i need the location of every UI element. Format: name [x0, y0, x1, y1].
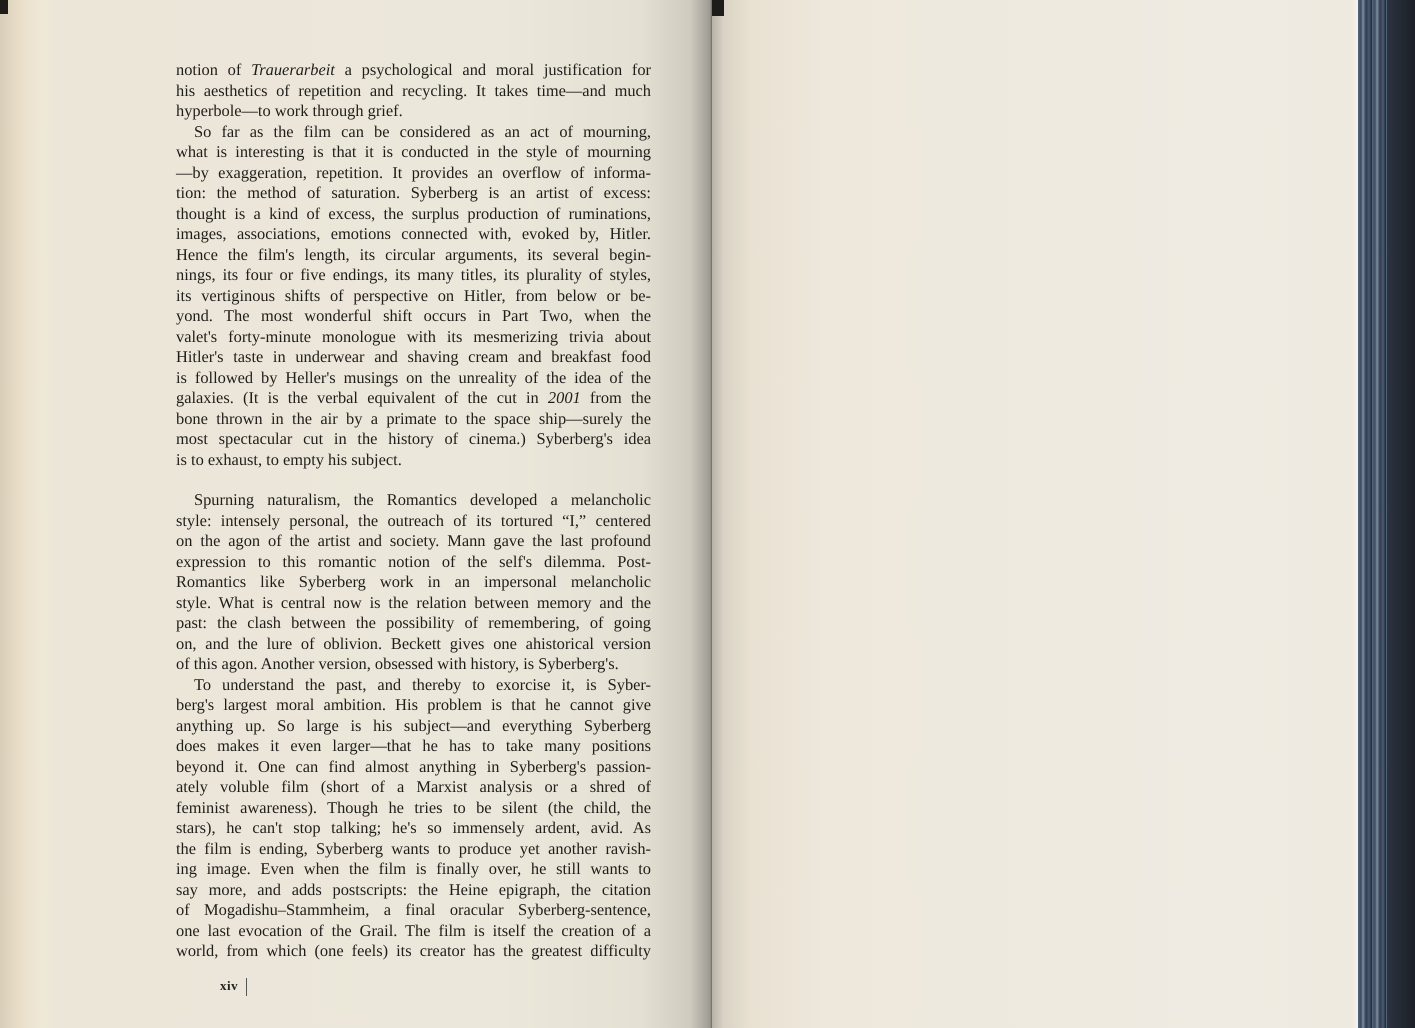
- left-page-body: notion of Trauerarbeit a psychological a…: [158, 60, 651, 962]
- text-line: what is interesting is that it is conduc…: [158, 142, 651, 163]
- paragraph: Spurning naturalism, the Romantics devel…: [158, 490, 651, 675]
- right-page: in extricating himself—as does the admir…: [712, 0, 1358, 1028]
- book-cover-edge: [1387, 0, 1415, 1028]
- text-line: is followed by Heller's musings on the u…: [158, 368, 651, 389]
- text-line: valet's forty-minute monologue with its …: [158, 327, 651, 348]
- paragraph: So far as the film can be considered as …: [158, 122, 651, 471]
- text-line: anything up. So large is his subject—and…: [158, 716, 651, 737]
- text-line: notion of Trauerarbeit a psychological a…: [158, 60, 651, 81]
- text-line: the film is ending, Syberberg wants to p…: [158, 839, 651, 860]
- text-line: most spectacular cut in the history of c…: [158, 429, 651, 450]
- text-line: ately voluble film (short of a Marxist a…: [158, 777, 651, 798]
- text-line: tion: the method of saturation. Syberber…: [158, 183, 651, 204]
- text-line: its vertiginous shifts of perspective on…: [158, 286, 651, 307]
- text-line: Hence the film's length, its circular ar…: [158, 245, 651, 266]
- text-line: Romantics like Syberberg work in an impe…: [158, 572, 651, 593]
- text-line: past: the clash between the possibility …: [158, 613, 651, 634]
- left-page: notion of Trauerarbeit a psychological a…: [0, 0, 712, 1028]
- text-line: style. What is central now is the relati…: [158, 593, 651, 614]
- text-line: To understand the past, and thereby to e…: [158, 675, 651, 696]
- text-line: —by exaggeration, repetition. It provide…: [158, 163, 651, 184]
- page-number-left: xiv: [220, 978, 255, 996]
- text-line: his aesthetics of repetition and recycli…: [158, 81, 651, 102]
- gutter-shadow: [712, 0, 724, 16]
- italic-title: Trauerarbeit: [251, 60, 335, 79]
- text-line: nings, its four or five endings, its man…: [158, 265, 651, 286]
- page-corner-shadow: [0, 0, 8, 14]
- text-line: world, from which (one feels) its creato…: [158, 941, 651, 962]
- text-line: thought is a kind of excess, the surplus…: [158, 204, 651, 225]
- paragraph: notion of Trauerarbeit a psychological a…: [158, 60, 651, 122]
- open-book-spread: notion of Trauerarbeit a psychological a…: [0, 0, 1415, 1028]
- text-line: one last evocation of the Grail. The fil…: [158, 921, 651, 942]
- text-line: Spurning naturalism, the Romantics devel…: [158, 490, 651, 511]
- text-line: galaxies. (It is the verbal equivalent o…: [158, 388, 651, 409]
- folio-label: xiv: [220, 978, 238, 993]
- text-line: of Mogadishu–Stammheim, a final oracular…: [158, 900, 651, 921]
- text-line: is to exhaust, to empty his subject.: [158, 450, 651, 471]
- book-page-edges: [1358, 0, 1415, 1028]
- text-line: bone thrown in the air by a primate to t…: [158, 409, 651, 430]
- text-line: Hitler's taste in underwear and shaving …: [158, 347, 651, 368]
- text-line: does makes it even larger—that he has to…: [158, 736, 651, 757]
- text-line: style: intensely personal, the outreach …: [158, 511, 651, 532]
- text-line: feminist awareness). Though he tries to …: [158, 798, 651, 819]
- paragraph: To understand the past, and thereby to e…: [158, 675, 651, 962]
- folio-rule: [246, 978, 247, 996]
- italic-title: 2001: [548, 388, 581, 407]
- text-line: yond. The most wonderful shift occurs in…: [158, 306, 651, 327]
- text-line: on, and the lure of oblivion. Beckett gi…: [158, 634, 651, 655]
- text-line: expression to this romantic notion of th…: [158, 552, 651, 573]
- text-line: hyperbole—to work through grief.: [158, 101, 651, 122]
- text-line: berg's largest moral ambition. His probl…: [158, 695, 651, 716]
- text-line: of this agon. Another version, obsessed …: [158, 654, 651, 675]
- text-line: images, associations, emotions connected…: [158, 224, 651, 245]
- text-line: stars), he can't stop talking; he's so i…: [158, 818, 651, 839]
- text-line: beyond it. One can find almost anything …: [158, 757, 651, 778]
- text-line: So far as the film can be considered as …: [158, 122, 651, 143]
- text-line: ing image. Even when the film is finally…: [158, 859, 651, 880]
- text-line: on the agon of the artist and society. M…: [158, 531, 651, 552]
- text-line: say more, and adds postscripts: the Hein…: [158, 880, 651, 901]
